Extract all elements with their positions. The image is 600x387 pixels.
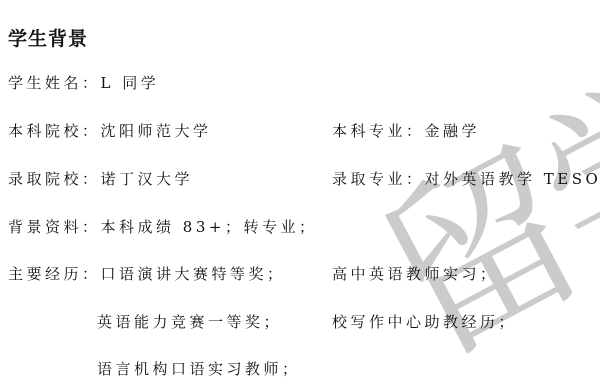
experience-item: 高中英语教师实习； bbox=[332, 263, 499, 285]
experience-label: 主要经历： bbox=[8, 265, 101, 283]
experience-item: 英语能力竞赛一等奖； bbox=[97, 311, 282, 333]
background-field: 背景资料：本科成绩 83+；转专业； bbox=[8, 216, 317, 238]
row-background: 背景资料：本科成绩 83+；转专业； bbox=[0, 216, 600, 238]
undergrad-major-field: 本科专业：金融学 bbox=[332, 120, 480, 142]
admitted-major-label: 录取专业： bbox=[332, 170, 425, 188]
admitted-school-label: 录取院校： bbox=[8, 170, 101, 188]
row-experience-2: 英语能力竞赛一等奖； 校写作中心助教经历； bbox=[0, 311, 600, 333]
admitted-major-field: 录取专业：对外英语教学 TESOL bbox=[332, 168, 600, 190]
row-student-name: 学生姓名：L 同学 bbox=[0, 72, 600, 94]
background-value: 本科成绩 83+；转专业； bbox=[101, 218, 318, 236]
experience-field: 主要经历：口语演讲大赛特等奖； bbox=[8, 263, 286, 285]
undergrad-school-label: 本科院校： bbox=[8, 122, 101, 140]
row-admitted: 录取院校：诺丁汉大学 录取专业：对外英语教学 TESOL bbox=[0, 168, 600, 190]
student-name-label: 学生姓名： bbox=[8, 74, 101, 92]
student-name-value: L 同学 bbox=[101, 74, 160, 92]
experience-item: 校写作中心助教经历； bbox=[332, 311, 517, 333]
row-experience-1: 主要经历：口语演讲大赛特等奖； 高中英语教师实习； bbox=[0, 263, 600, 285]
undergrad-major-label: 本科专业： bbox=[332, 122, 425, 140]
admitted-school-value: 诺丁汉大学 bbox=[101, 170, 194, 188]
undergrad-school-value: 沈阳师范大学 bbox=[101, 122, 212, 140]
section-title: 学生背景 bbox=[8, 24, 88, 51]
undergrad-major-value: 金融学 bbox=[425, 122, 481, 140]
background-label: 背景资料： bbox=[8, 218, 101, 236]
undergrad-school-field: 本科院校：沈阳师范大学 bbox=[8, 120, 212, 142]
admitted-school-field: 录取院校：诺丁汉大学 bbox=[8, 168, 193, 190]
admitted-major-value: 对外英语教学 TESOL bbox=[425, 170, 600, 188]
row-undergrad: 本科院校：沈阳师范大学 本科专业：金融学 bbox=[0, 120, 600, 142]
experience-item: 语言机构口语实习教师； bbox=[97, 358, 301, 380]
student-name-field: 学生姓名：L 同学 bbox=[8, 72, 159, 94]
experience-item: 口语演讲大赛特等奖； bbox=[101, 265, 286, 283]
row-experience-3: 语言机构口语实习教师； bbox=[0, 358, 600, 380]
